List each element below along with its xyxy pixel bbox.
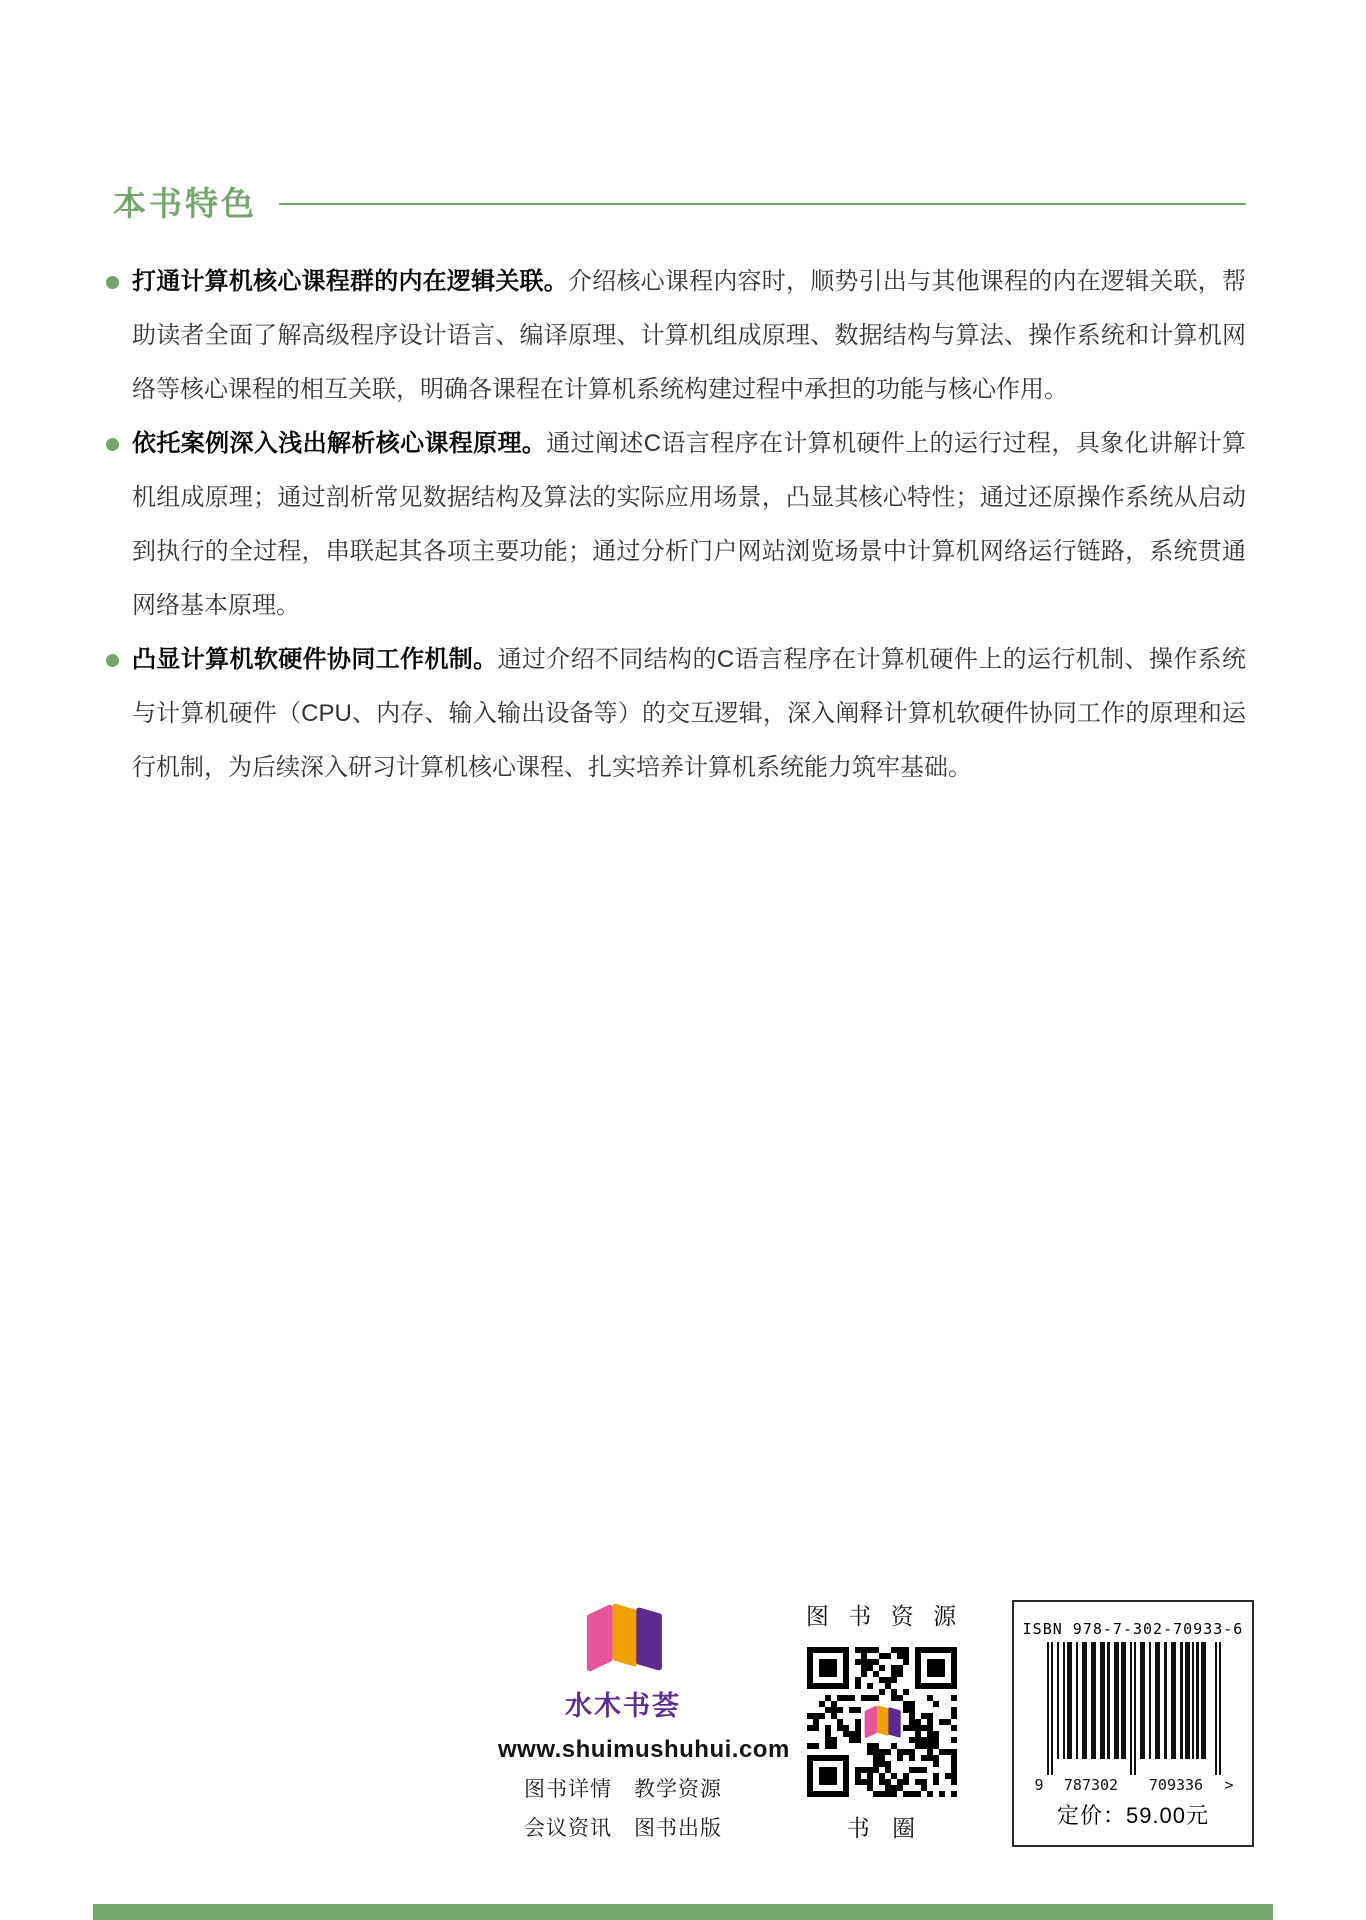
svg-text:787302: 787302: [1064, 1776, 1118, 1794]
footer-accent-bar: [93, 1904, 1273, 1920]
svg-text:709336: 709336: [1149, 1776, 1203, 1794]
qr-block: 图 书 资 源 书 圈: [804, 1598, 960, 1843]
svg-text:9: 9: [1034, 1776, 1043, 1794]
isbn-label: ISBN 978-7-302-70933-6: [1014, 1620, 1252, 1638]
feature-item: 打通计算机核心课程群的内在逻辑关联。介绍核心课程内容时，顺势引出与其他课程的内在…: [106, 255, 1246, 417]
brand-name: 水木书荟: [498, 1684, 748, 1723]
qr-section-title: 图 书 资 源: [804, 1598, 960, 1631]
brand-website: www.shuimushuhui.com: [498, 1736, 748, 1764]
isbn-price: 定价：59.00元: [1014, 1799, 1252, 1830]
title-rule: [279, 203, 1246, 205]
isbn-box: ISBN 978-7-302-70933-6 9787302709336> 定价…: [1012, 1600, 1254, 1847]
book-logo-icon-small: [861, 1647, 903, 1797]
brand-block: 水木书荟 www.shuimushuhui.com 图书详情 教学资源 会议资讯…: [498, 1600, 748, 1842]
feature-lead: 依托案例深入浅出解析核心课程原理。: [132, 430, 546, 457]
feature-lead: 打通计算机核心课程群的内在逻辑关联。: [132, 268, 568, 295]
bullet-dot: [106, 276, 119, 289]
book-logo-icon: [579, 1600, 667, 1676]
qr-code: [807, 1647, 957, 1797]
bullet-dot: [106, 438, 119, 451]
svg-text:>: >: [1224, 1776, 1233, 1794]
page-title: 本书特色: [113, 178, 257, 225]
bullet-dot: [106, 654, 119, 667]
brand-services-line2: 会议资讯 图书出版: [498, 1812, 748, 1842]
barcode: 9787302709336>: [1031, 1642, 1235, 1795]
feature-item: 依托案例深入浅出解析核心课程原理。通过阐述C语言程序在计算机硬件上的运行过程，具…: [106, 417, 1246, 633]
feature-list: 打通计算机核心课程群的内在逻辑关联。介绍核心课程内容时，顺势引出与其他课程的内在…: [106, 255, 1246, 795]
feature-lead: 凸显计算机软硬件协同工作机制。: [132, 646, 498, 673]
feature-item: 凸显计算机软硬件协同工作机制。通过介绍不同结构的C语言程序在计算机硬件上的运行机…: [106, 633, 1246, 795]
qr-center-logo: [861, 1702, 903, 1742]
qr-caption: 书 圈: [804, 1810, 960, 1843]
feature-text: 通过阐述C语言程序在计算机硬件上的运行过程，具象化讲解计算机组成原理；通过剖析常…: [132, 430, 1246, 619]
brand-services-line1: 图书详情 教学资源: [498, 1773, 748, 1803]
book-back-cover: 本书特色 打通计算机核心课程群的内在逻辑关联。介绍核心课程内容时，顺势引出与其他…: [0, 0, 1366, 1920]
section-header: 本书特色: [113, 178, 1246, 225]
